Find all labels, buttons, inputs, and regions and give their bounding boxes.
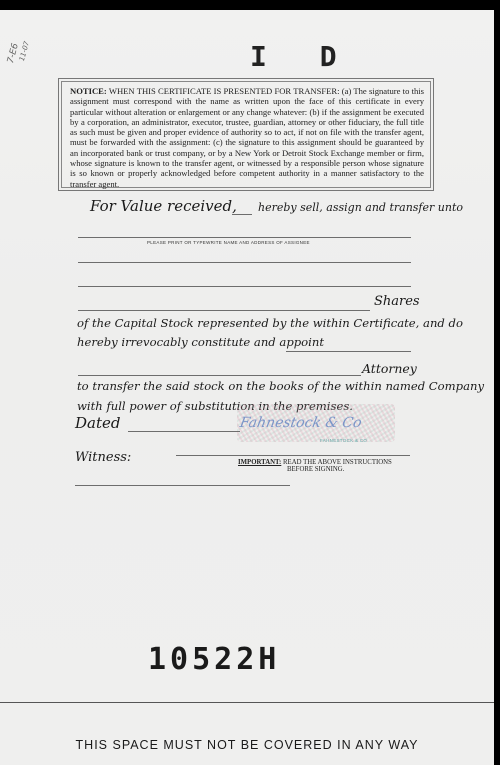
notice-heading: NOTICE: bbox=[70, 86, 107, 96]
notice-body: WHEN THIS CERTIFICATE IS PRESENTED FOR T… bbox=[70, 86, 424, 189]
stamp-signature: Fahnestock & Co bbox=[239, 415, 363, 431]
stamp-small-text: FAHNESTOCK & CO bbox=[320, 438, 367, 443]
important-text-2: BEFORE SIGNING. bbox=[238, 466, 344, 473]
perforation-number: 10522H bbox=[148, 642, 280, 677]
shares-line[interactable] bbox=[78, 310, 370, 311]
to-transfer-text: to transfer the said stock on the books … bbox=[77, 379, 484, 393]
hereby-sell-text: hereby sell, assign and transfer unto bbox=[258, 201, 463, 214]
notice-box: NOTICE: WHEN THIS CERTIFICATE IS PRESENT… bbox=[58, 78, 434, 191]
footer-divider bbox=[0, 702, 494, 703]
handwritten-note-2: 11-07 bbox=[18, 40, 31, 62]
witness-label: Witness: bbox=[75, 450, 131, 465]
certificate-page: 7-E6 11-07 I D NOTICE: WHEN THIS CERTIFI… bbox=[0, 10, 494, 765]
assignee-line-2[interactable] bbox=[78, 262, 411, 263]
handwritten-note-line-2: 11-07 bbox=[18, 40, 31, 62]
important-text-1: READ THE ABOVE INSTRUCTIONS bbox=[283, 459, 392, 466]
signature-line[interactable] bbox=[176, 455, 410, 456]
rule bbox=[232, 214, 252, 215]
perforation-top: I D bbox=[250, 40, 355, 73]
for-value-received: For Value received, bbox=[90, 197, 237, 215]
important-note: IMPORTANT: READ THE ABOVE INSTRUCTIONS B… bbox=[238, 459, 392, 473]
dated-label: Dated bbox=[75, 414, 120, 432]
appoint-line[interactable] bbox=[286, 351, 411, 352]
attorney-line[interactable] bbox=[78, 375, 361, 376]
hereby-irrevocably-text: hereby irrevocably constitute and appoin… bbox=[77, 335, 324, 349]
footer-warning: THIS SPACE MUST NOT BE COVERED IN ANY WA… bbox=[0, 738, 494, 752]
assignee-label: PLEASE PRINT OR TYPEWRITE NAME AND ADDRE… bbox=[147, 240, 310, 245]
assignee-line-1[interactable] bbox=[78, 237, 411, 238]
notice-text: NOTICE: WHEN THIS CERTIFICATE IS PRESENT… bbox=[61, 81, 431, 188]
capital-stock-text: of the Capital Stock represented by the … bbox=[77, 316, 463, 330]
attorney-label: Attorney bbox=[362, 361, 417, 376]
assignee-line-3[interactable] bbox=[78, 286, 411, 287]
shares-label: Shares bbox=[374, 294, 420, 309]
witness-line[interactable] bbox=[75, 485, 290, 486]
dated-line[interactable] bbox=[128, 431, 240, 432]
important-label: IMPORTANT: bbox=[238, 459, 281, 466]
